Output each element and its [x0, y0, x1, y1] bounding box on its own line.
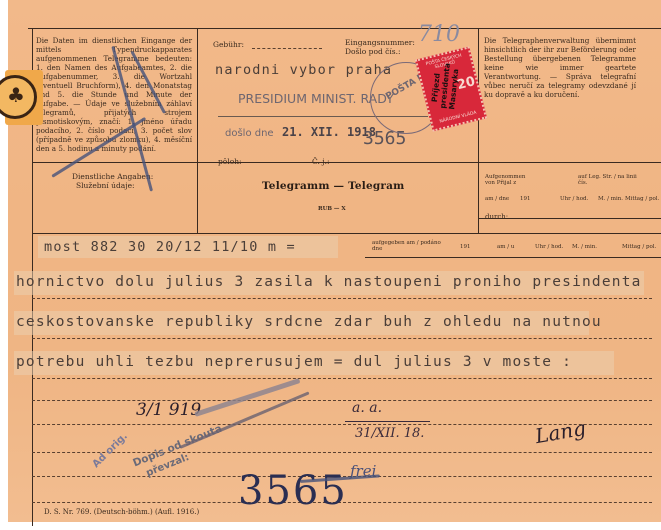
- frame-top-line: [28, 28, 661, 29]
- ad-acta-date: 31/XII. 18.: [355, 426, 424, 441]
- tree-emblem-icon: ♣: [7, 83, 25, 107]
- eingangsnummer-value: 710: [418, 22, 460, 47]
- left-box-divider: [197, 28, 198, 233]
- right-box-divider: [478, 28, 479, 233]
- posloh-label: pôloh:: [218, 157, 242, 166]
- telegram-preamble: most 882 30 20/12 11/10 m =: [44, 239, 296, 255]
- ad-acta-underline: [345, 421, 430, 422]
- routing-mittag: Mittag / pol.: [622, 244, 656, 250]
- typed-header: narodni vybor praha: [215, 62, 392, 78]
- doslo-dne-label: došlo dne: [225, 128, 274, 139]
- gebuehr-label: Gebühr:: [213, 40, 244, 49]
- eingangsnummer-label: Eingangsnummer:: [345, 38, 415, 47]
- aufgenommen-label: Aufgenommen von Přijal z: [485, 174, 537, 186]
- min-label: M. / min.: [598, 196, 623, 202]
- message-line-2: ceskostovanske republiky srdcne zdar buh…: [16, 314, 602, 330]
- center-rule: [197, 162, 661, 163]
- stamp-overprint: Příjezd presidenta Masaryka: [429, 67, 460, 110]
- form-id: D. S. Nr. 769. (Deutsch-böhm.) (Aufl. 19…: [44, 508, 199, 516]
- routing-rule: [365, 257, 661, 258]
- durch-label: durch:: [485, 213, 508, 221]
- message-line-3: potrebu uhli tezbu neprerusujem = dul ju…: [16, 354, 572, 370]
- message-rule-1: [32, 298, 652, 299]
- registry-number-large: 3565: [238, 468, 348, 514]
- jahr-label: 191: [520, 196, 531, 202]
- routing-aufgegeben: aufgegeben am / podáno dne: [372, 240, 442, 252]
- service-label-cz: Služební údaje:: [76, 181, 135, 190]
- routing-jahr: 191: [460, 244, 471, 250]
- mittag-label: Mittag / pol.: [625, 196, 659, 202]
- revenue-seal: ♣: [5, 70, 43, 125]
- routing-uhr: Uhr / hod.: [535, 244, 563, 250]
- am-label: am / dne: [485, 196, 509, 202]
- gebuehr-field: [252, 48, 322, 49]
- cj-label: Č. j.:: [312, 157, 329, 166]
- message-rule-6: [32, 452, 652, 453]
- message-rule-2: [32, 338, 652, 339]
- telegram-title: Telegramm — Telegram: [262, 180, 404, 192]
- message-rule-3: [32, 378, 652, 379]
- message-line-1: hornictvo dolu julius 3 zasila k nastoup…: [16, 274, 642, 290]
- ad-acta-note: a. a.: [352, 400, 382, 416]
- telegram-subtitle: RUB — X: [318, 206, 346, 212]
- message-rule-4: [32, 400, 652, 401]
- date-note: 3/1 919: [136, 400, 201, 420]
- doslo-dne-value: 21. XII. 1918: [282, 125, 376, 139]
- routing-min: M. / min.: [572, 244, 597, 250]
- service-label-de: Dienstliche Angaben:: [72, 172, 153, 181]
- uhr-label: Uhr / hod.: [560, 196, 588, 202]
- left-box-rule: [32, 162, 197, 163]
- routing-am: am / u: [497, 244, 514, 250]
- auf-leg-label: auf Leg. Str. / na linii čís.: [578, 174, 638, 186]
- header-bottom-rule: [32, 233, 661, 234]
- doslo-pod-label: Došlo pod čís.:: [345, 47, 401, 56]
- liability-disclaimer: Die Telegraphenverwaltung übernimmt hins…: [484, 36, 636, 99]
